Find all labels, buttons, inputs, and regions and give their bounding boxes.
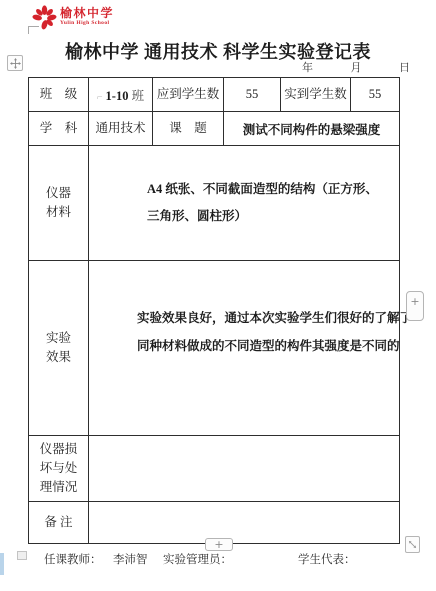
row-result: 实验 效果 实验效果良好，通过本次实验学生们很好的了解了 同种材料做成的不同造型… (29, 261, 400, 436)
text-boundary-corner-mark (28, 26, 39, 34)
remark-value[interactable] (89, 502, 400, 544)
insert-row-button-right[interactable]: + (406, 291, 424, 321)
materials-label: 仪器 材料 (29, 146, 89, 261)
class-value-cell[interactable]: ⌐1-10 班 (89, 78, 153, 112)
school-name-cn: 榆林中学 (60, 7, 114, 20)
result-value: 实验效果良好，通过本次实验学生们很好的了解了 同种材料做成的不同造型的构件其强度… (137, 304, 412, 360)
expected-students-value[interactable]: 55 (224, 78, 281, 112)
remark-label: 备 注 (29, 502, 89, 544)
actual-students-value[interactable]: 55 (351, 78, 400, 112)
experiment-form-table: 班 级 ⌐1-10 班 应到学生数 55 实到学生数 55 学 科 通用技术 课… (28, 77, 400, 544)
class-unit: 班 (132, 89, 145, 103)
date-line: 年 月 日 (302, 59, 410, 75)
row-materials: 仪器 材料 A4 纸张、不同截面造型的结构（正方形、 三角形、圆柱形） (29, 146, 400, 261)
signature-line: 任课教师： 李沛智 实验管理员： 学生代表： (0, 551, 436, 569)
table-move-handle[interactable] (7, 55, 23, 71)
teacher-label: 任课教师： (44, 551, 102, 567)
row-class: 班 级 ⌐1-10 班 应到学生数 55 实到学生数 55 (29, 78, 400, 112)
teacher-name[interactable]: 李沛智 (113, 551, 148, 567)
class-value: 1-10 (106, 89, 129, 103)
subject-value[interactable]: 通用技术 (89, 112, 153, 146)
row-subject: 学 科 通用技术 课 题 测试不同构件的悬梁强度 (29, 112, 400, 146)
class-label: 班 级 (29, 78, 89, 112)
date-year-label: 年 (302, 59, 313, 75)
damage-value[interactable] (89, 436, 400, 502)
topic-value[interactable]: 测试不同构件的悬梁强度 (224, 112, 400, 146)
document-page: 榆林中学 Yulin High School 榆林中学 通用技术 科学生实验登记… (0, 0, 436, 591)
row-damage: 仪器损 坏与处 理情况 (29, 436, 400, 502)
damage-label: 仪器损 坏与处 理情况 (29, 436, 89, 502)
diagonal-resize-icon (408, 540, 417, 549)
school-logo: 榆林中学 Yulin High School (32, 5, 114, 30)
student-rep-label: 学生代表： (298, 551, 356, 567)
date-month-label: 月 (351, 59, 362, 75)
lab-admin-label: 实验管理员： (163, 551, 232, 567)
move-icon (10, 58, 21, 69)
expected-students-label: 应到学生数 (153, 78, 224, 112)
actual-students-label: 实到学生数 (281, 78, 351, 112)
topic-label: 课 题 (153, 112, 224, 146)
school-name-en: Yulin High School (60, 20, 114, 27)
materials-value[interactable]: A4 纸张、不同截面造型的结构（正方形、 三角形、圆柱形） (89, 146, 400, 261)
insert-row-button-bottom[interactable]: + (205, 538, 233, 551)
date-day-label: 日 (399, 59, 410, 75)
result-label: 实验 效果 (29, 261, 89, 436)
subject-label: 学 科 (29, 112, 89, 146)
result-value-cell[interactable]: 实验效果良好，通过本次实验学生们很好的了解了 同种材料做成的不同造型的构件其强度… (89, 261, 400, 436)
cursor-artifact: ⌐ (97, 92, 103, 103)
